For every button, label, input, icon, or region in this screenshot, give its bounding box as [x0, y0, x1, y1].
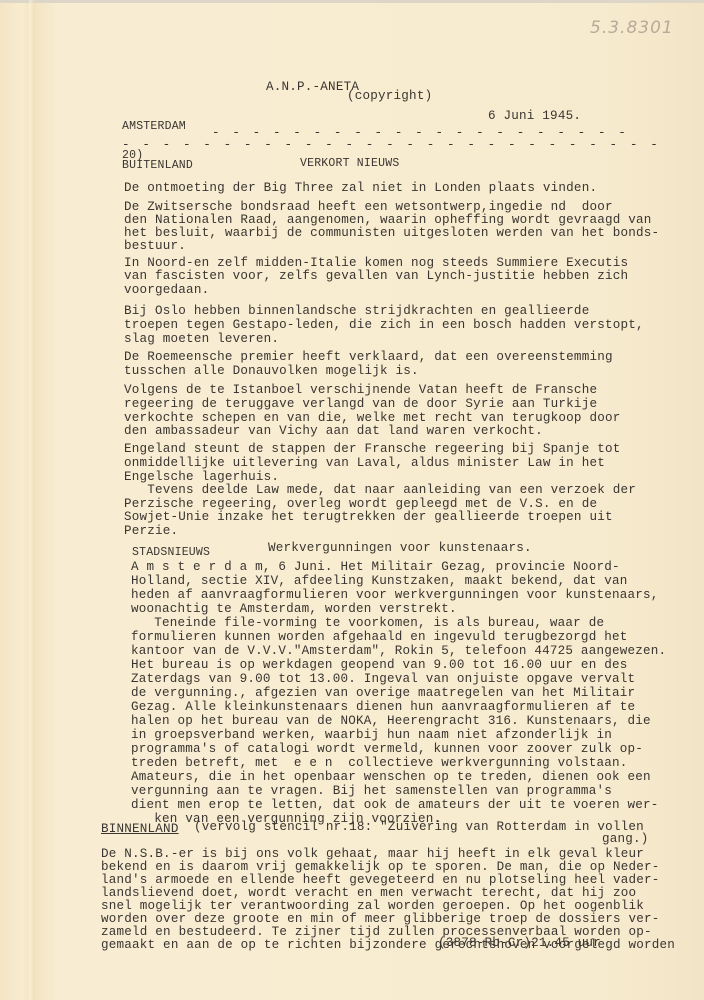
- archive-number: 5.3.8301: [590, 18, 674, 38]
- text-line: programma's of catalogi wordt vermeld, k…: [131, 742, 643, 756]
- text-line: onmiddellijke uitlevering van Laval, ald…: [124, 456, 605, 470]
- text-line: Zaterdags van 9.00 tot 13.00. Ingeval va…: [131, 672, 635, 686]
- agency-name: A.N.P.-ANETA: [266, 80, 359, 94]
- text-line: Volgens de te Istanboel verschijnende Va…: [124, 383, 597, 397]
- section-title-continued: gang.): [602, 832, 649, 846]
- text-line: vergunning aan te vragen. Bij het samens…: [131, 784, 612, 798]
- text-line: De N.S.B.-er is bij ons volk gehaat, maa…: [101, 847, 644, 861]
- text-line: dient men erop te letten, dat ook de ama…: [131, 798, 659, 812]
- text-line: het besluit, waarbij de communisten uitg…: [124, 226, 659, 240]
- text-line: Tevens deelde Law mede, dat naar aanleid…: [124, 483, 636, 497]
- text-line: den Nationalen Raad, aangenomen, waarin …: [124, 213, 652, 227]
- text-line: worden over deze groote en min of meer g…: [101, 912, 660, 926]
- text-line: Amateurs, die in het openbaar wenschen o…: [131, 770, 651, 784]
- text-line: landslievend doet, wordt veracht en men …: [101, 886, 636, 900]
- text-line: heden af aanvraagformulieren voor werkve…: [131, 588, 659, 602]
- text-line: halen op het bureau van de NOKA, Heereng…: [131, 714, 651, 728]
- section-title: Werkvergunningen voor kunstenaars.: [268, 541, 532, 555]
- text-line: De Roemeensche premier heeft verklaard, …: [124, 350, 613, 364]
- separator-line: - - - - - - - - - - - - - - - - - - - - …: [122, 138, 660, 152]
- text-line: treden betreft, met e e n collectieve we…: [131, 756, 627, 770]
- text-line: Sowjet-Unie inzake het terugtrekken der …: [124, 510, 613, 524]
- text-line: troepen tegen Gestapo-leden, die zich in…: [124, 318, 644, 332]
- text-line: Perzische regeering, overleg wordt geple…: [124, 497, 597, 511]
- text-line: kantoor van de V.V.V."Amsterdam", Rokin …: [131, 644, 666, 658]
- text-line: Engeland steunt de stappen der Fransche …: [124, 442, 620, 456]
- text-line: in groepsverband werken, waarbij hun naa…: [131, 728, 612, 742]
- text-line: Teneinde file-vorming te voorkomen, is a…: [131, 616, 604, 630]
- text-line: Engelsche lagerhuis.: [124, 470, 279, 484]
- text-line: A m s t e r d a m, 6 Juni. Het Militair …: [131, 560, 620, 574]
- text-line: regeering de teruggave verlangd van de d…: [124, 397, 597, 411]
- text-line: Gezag. Alle kleinkunstenaars dienen hun …: [131, 700, 635, 714]
- page-fold: [29, 0, 35, 1000]
- text-line: De Zwitsersche bondsraad heeft een wetso…: [124, 200, 613, 214]
- text-line: van fascisten voor, zelfs gevallen van L…: [124, 269, 628, 283]
- text-line: Het bureau is op werkdagen geopend van 9…: [131, 658, 627, 672]
- document-date: 6 Juni 1945.: [488, 109, 581, 123]
- section-label-stadsnieuws: STADSNIEUWS: [132, 546, 210, 560]
- text-line: woonachtig te Amsterdam, worden verstrek…: [131, 602, 457, 616]
- dateline-city: AMSTERDAM: [122, 120, 186, 134]
- text-line: De ontmoeting der Big Three zal niet in …: [124, 181, 597, 195]
- text-line: Bij Oslo hebben binnenlandsche strijdkra…: [124, 304, 589, 318]
- text-line: tusschen alle Donauvolken mogelijk is.: [124, 364, 419, 378]
- section-title: VERKORT NIEUWS: [300, 157, 399, 171]
- text-line: slag moeten leveren.: [124, 332, 279, 346]
- text-line: de vergunning., afgezien van overige maa…: [131, 686, 635, 700]
- text-line: land's armoede en ellende heeft gevegete…: [101, 873, 660, 887]
- text-line: formulieren kunnen worden afgehaald en i…: [131, 630, 627, 644]
- text-line: voorgedaan.: [124, 283, 209, 297]
- document-page: 5.3.8301 A.N.P.-ANETA (copyright) 6 Juni…: [0, 0, 704, 1000]
- text-line: snel mogelijk ter verantwoording zal wor…: [101, 899, 644, 913]
- text-line: verkochte schepen en van die, welke met …: [124, 411, 620, 425]
- text-line: bestuur.: [124, 239, 186, 253]
- text-line: In Noord-en zelf midden-Italie komen nog…: [124, 256, 628, 270]
- text-line: bekend en is daarom vrij gemakkelijk op …: [101, 860, 660, 874]
- section-label-binnenland: BINNENLAND: [101, 822, 179, 836]
- page-top-edge: [0, 0, 704, 3]
- text-line: Perzie.: [124, 524, 178, 538]
- section-label-buitenland: BUITENLAND: [122, 159, 193, 173]
- section-title: (vervolg stencil nr.18: "Zuivering van R…: [194, 820, 644, 834]
- text-line: den ambassadeur van Vichy aan dat land w…: [124, 424, 543, 438]
- copyright-note: (copyright): [347, 89, 432, 103]
- text-line: Holland, sectie XIV, afdeeling Kunstzake…: [131, 574, 627, 588]
- footer-code: (3878-Rb-Cr)21.45 uur: [438, 936, 601, 950]
